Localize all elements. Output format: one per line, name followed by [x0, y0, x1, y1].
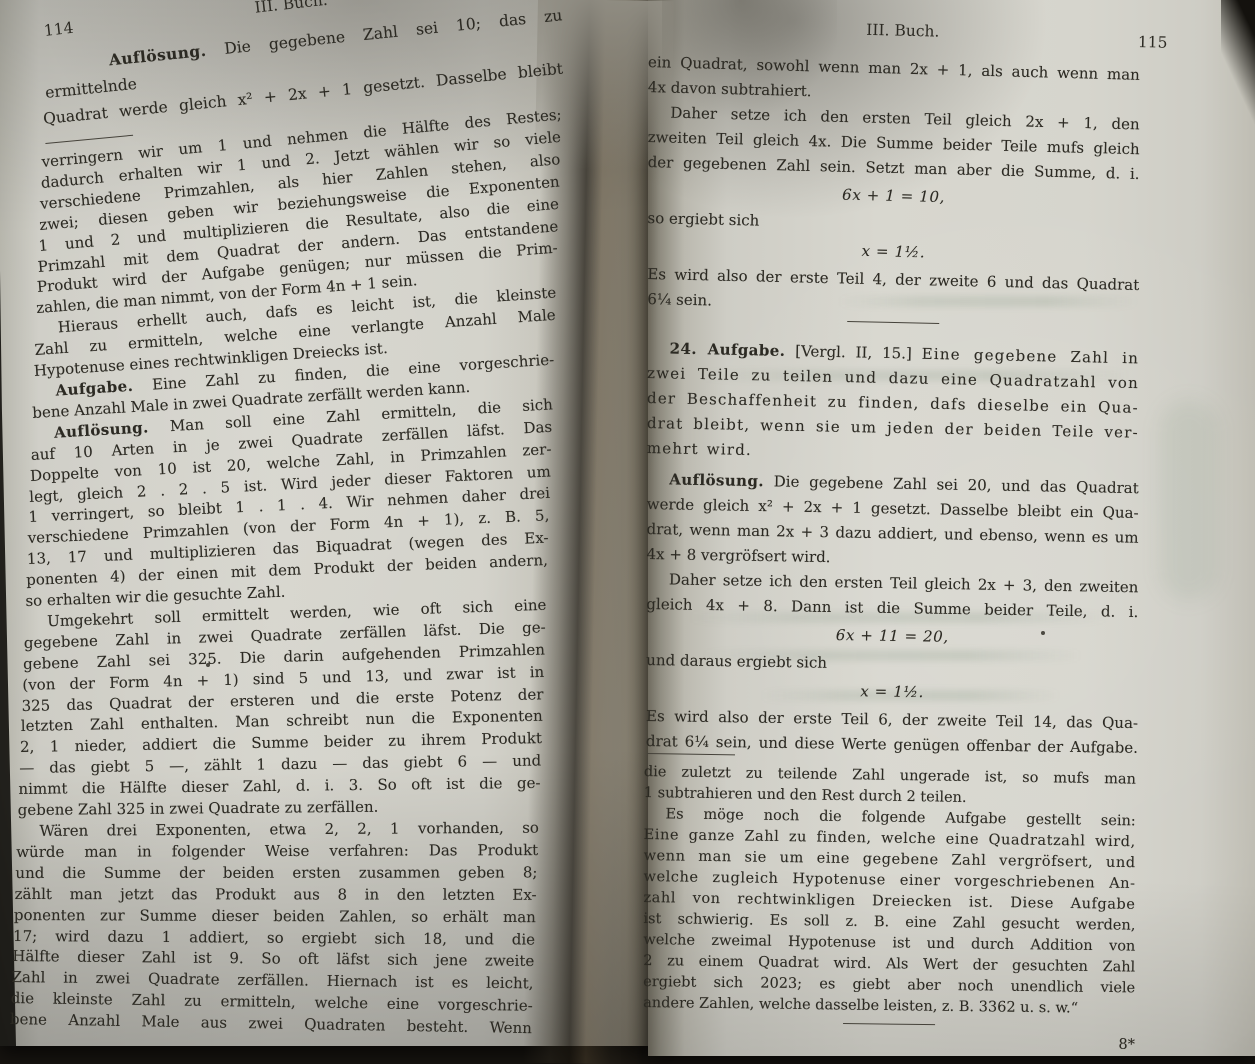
- photo-corner-shadow: [1221, 0, 1255, 130]
- text-line: Wären drei Exponenten, etwa 2, 2, 1 vorh…: [17, 818, 539, 842]
- text-line: x = 1½.: [646, 676, 1138, 708]
- left-page-number: 114: [43, 19, 74, 40]
- text-line: zählt man jetzt das Produkt aus 8 in den…: [15, 884, 537, 906]
- ink-speck: [206, 663, 210, 667]
- right-header-title: III. Buch.: [866, 21, 940, 41]
- separator-rule: [847, 321, 939, 324]
- separator-rule: [843, 1023, 935, 1025]
- left-page-text: Auflösung. Die gegebene Zahl sei 10; das…: [30, 54, 552, 1030]
- right-page-footnote: die zuletzt zu teilende Zahl ungerade is…: [646, 742, 1138, 1050]
- text-line: 6x + 11 = 20,: [646, 620, 1138, 653]
- text-line: und daraus ergiebt sich: [646, 648, 1138, 681]
- separator-rule: [45, 135, 133, 144]
- text-line: würde man in folgender Weise verfahren: …: [16, 840, 538, 863]
- separator-rule: [647, 753, 735, 755]
- bleedthrough-smudge: [1160, 400, 1218, 600]
- book-photo: { "photo": { "background_color": "#17141…: [0, 0, 1255, 1064]
- ink-speck: [1041, 631, 1045, 635]
- text-line: und die Summe der beiden ersten zusammen…: [15, 862, 537, 884]
- text-line: ponenten zur Summe dieser beiden Zahlen,…: [14, 905, 536, 928]
- right-page-main-text: ein Quadrat, sowohl wenn man 2x + 1, als…: [648, 50, 1140, 754]
- right-page-number: 115: [1138, 33, 1168, 52]
